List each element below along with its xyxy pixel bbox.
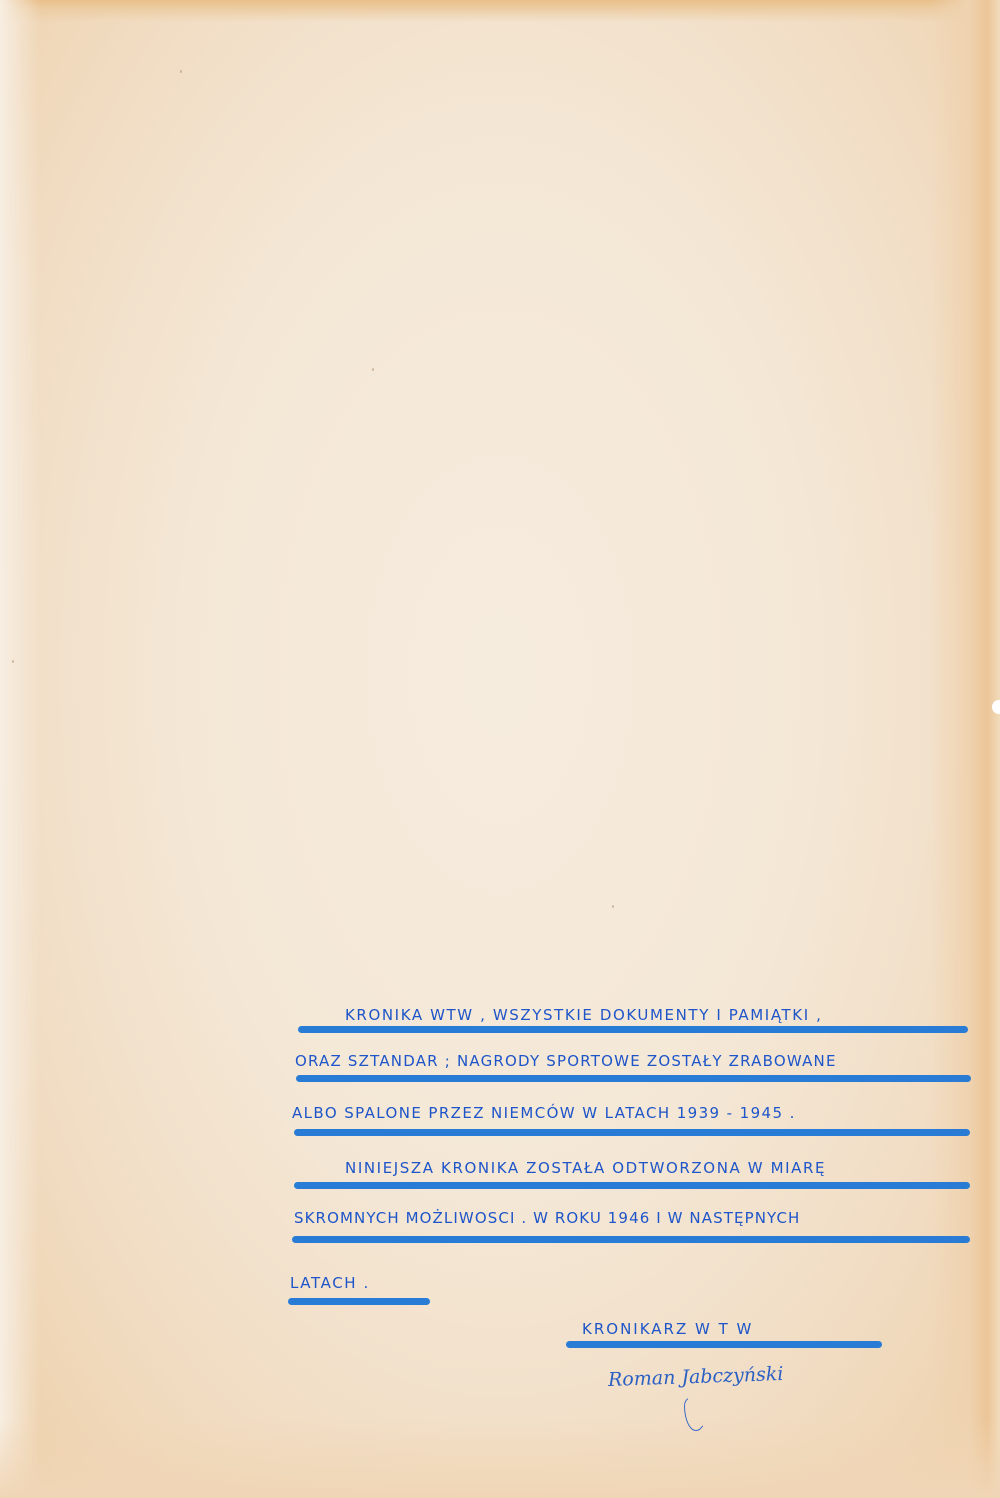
chronicler-title: KRONIKARZ W T W: [582, 1322, 753, 1337]
ink-underline: [292, 1236, 970, 1243]
ink-underline: [296, 1075, 971, 1082]
ink-underline: [566, 1341, 882, 1348]
note-line-5: SKROMNYCH MOŻLIWOSCI . W ROKU 1946 I W N…: [294, 1211, 800, 1226]
note-line-4: NINIEJSZA KRONIKA ZOSTAŁA ODTWORZONA W M…: [345, 1161, 826, 1176]
note-line-2: ORAZ SZTANDAR ; NAGRODY SPORTOWE ZOSTAŁY…: [295, 1054, 837, 1069]
ink-underline: [294, 1182, 970, 1189]
ink-underline: [294, 1129, 970, 1136]
handwritten-signature: Roman Jabczyński: [608, 1363, 784, 1391]
chronicle-note: KRONIKA WTW , WSZYSTKIE DOKUMENTY I PAMI…: [0, 0, 1000, 1498]
ink-underline: [288, 1298, 430, 1305]
note-line-6: LATACH .: [290, 1276, 370, 1291]
scanned-page: KRONIKA WTW , WSZYSTKIE DOKUMENTY I PAMI…: [0, 0, 1000, 1498]
signature-flourish: [684, 1395, 708, 1431]
note-line-3: ALBO SPALONE PRZEZ NIEMCÓW W LATACH 1939…: [292, 1106, 796, 1121]
note-line-1: KRONIKA WTW , WSZYSTKIE DOKUMENTY I PAMI…: [345, 1008, 823, 1023]
ink-underline: [298, 1026, 968, 1033]
